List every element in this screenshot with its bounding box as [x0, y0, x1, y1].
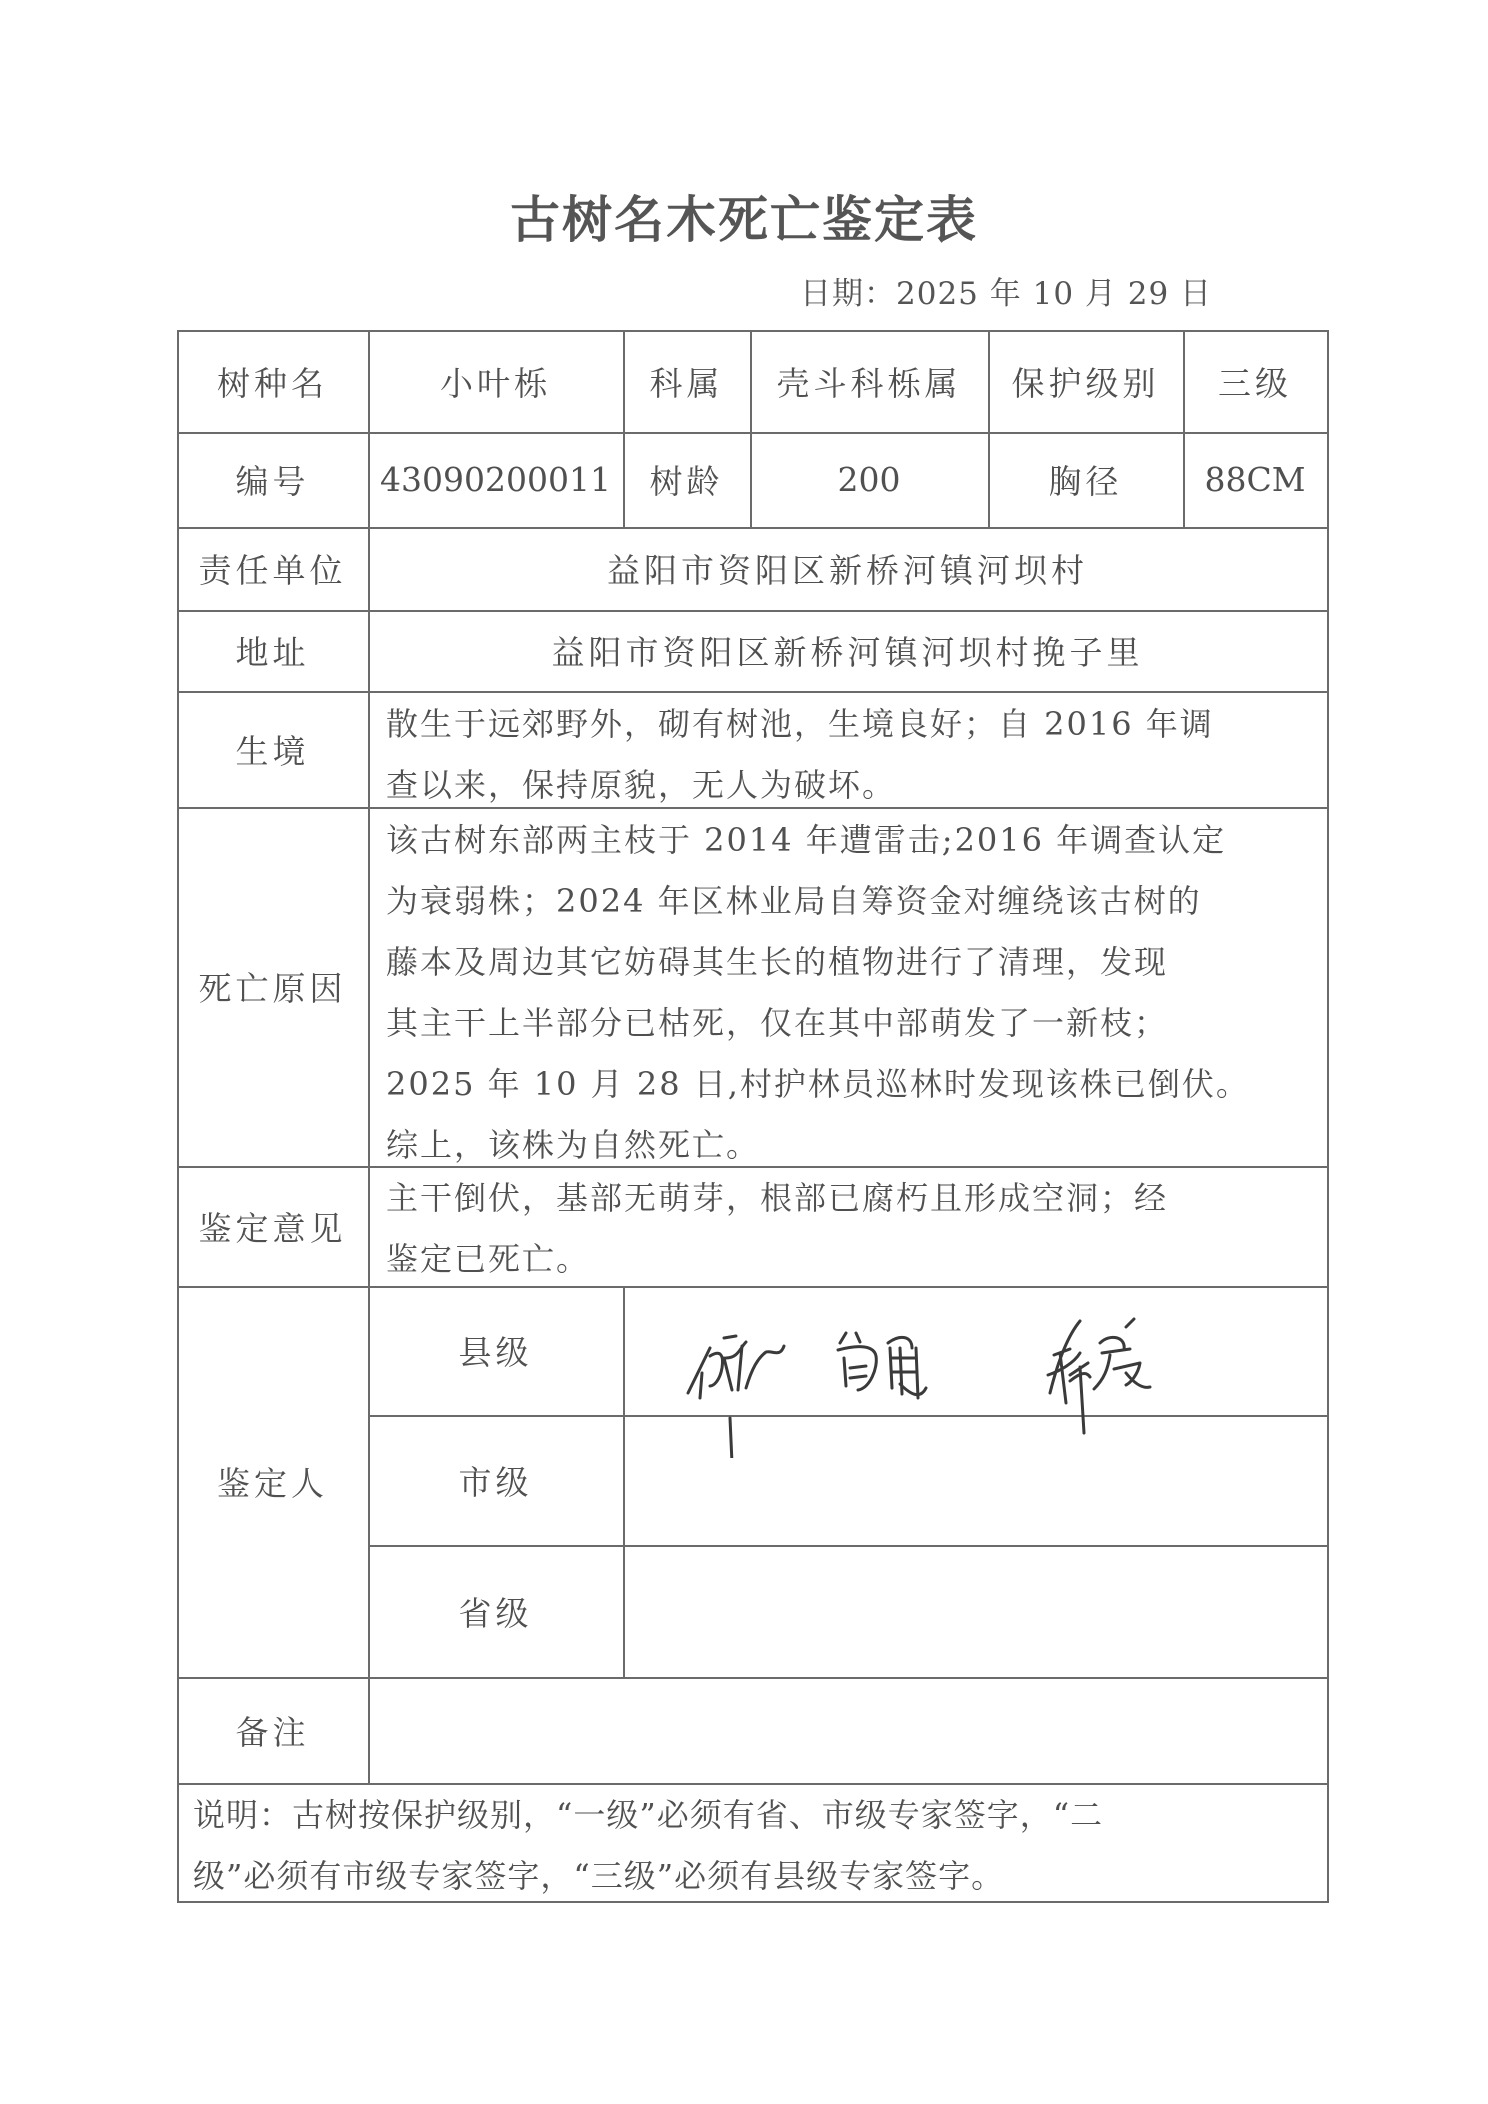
- opinion-label: 鉴定意见: [177, 1166, 368, 1286]
- death-cause-line: 该古树东部两主枝于 2014 年遭雷击;2016 年调查认定: [386, 810, 1326, 871]
- opinion-text: 主干倒伏，基部无萌芽，根部已腐朽且形成空洞；经 鉴定已死亡。: [386, 1168, 1326, 1290]
- document-title: 古树名木死亡鉴定表: [0, 180, 1488, 252]
- opinion-line: 鉴定已死亡。: [386, 1229, 1326, 1290]
- document-date: 日期：2025 年 10 月 29 日: [800, 268, 1212, 313]
- family-value: 壳斗科栎属: [750, 330, 988, 432]
- protection-level-value: 三级: [1183, 330, 1327, 432]
- appraiser-label: 鉴定人: [177, 1286, 368, 1677]
- city-level-signature-field[interactable]: [625, 1417, 1325, 1543]
- family-label: 科属: [623, 330, 750, 432]
- species-value: 小叶栎: [368, 330, 623, 432]
- dbh-label: 胸径: [988, 432, 1183, 527]
- death-cause-line: 2025 年 10 月 28 日,村护林员巡林时发现该株已倒伏。: [386, 1054, 1326, 1115]
- remarks-value[interactable]: [368, 1677, 1327, 1783]
- death-cause-text: 该古树东部两主枝于 2014 年遭雷击;2016 年调查认定 为衰弱株；2024…: [386, 810, 1326, 1176]
- province-level-label: 省级: [368, 1545, 623, 1677]
- table-border-right: [1327, 330, 1329, 1902]
- death-cause-label: 死亡原因: [177, 807, 368, 1166]
- remarks-label: 备注: [177, 1677, 368, 1783]
- county-level-label: 县级: [368, 1286, 623, 1415]
- responsible-unit-value: 益阳市资阳区新桥河镇河坝村: [368, 527, 1327, 610]
- death-cause-line: 藤本及周边其它妨碍其生长的植物进行了清理，发现: [386, 932, 1326, 993]
- city-level-label: 市级: [368, 1415, 623, 1545]
- note-text: 说明：古树按保护级别，“一级”必须有省、市级专家签字，“二 级”必须有市级专家签…: [193, 1785, 1323, 1907]
- dbh-value: 88CM: [1183, 432, 1327, 527]
- id-value: 43090200011: [368, 432, 623, 527]
- death-cause-line: 综上，该株为自然死亡。: [386, 1115, 1326, 1176]
- opinion-line: 主干倒伏，基部无萌芽，根部已腐朽且形成空洞；经: [386, 1168, 1326, 1229]
- habitat-text: 散生于远郊野外，砌有树池，生境良好；自 2016 年调 查以来，保持原貌，无人为…: [386, 694, 1326, 816]
- habitat-label: 生境: [177, 691, 368, 807]
- death-cause-line: 其主干上半部分已枯死，仅在其中部萌发了一新枝；: [386, 993, 1326, 1054]
- id-label: 编号: [177, 432, 368, 527]
- death-cause-line: 为衰弱株；2024 年区林业局自筹资金对缠绕该古树的: [386, 871, 1326, 932]
- responsible-unit-label: 责任单位: [177, 527, 368, 610]
- address-label: 地址: [177, 610, 368, 691]
- county-level-signature-field[interactable]: [625, 1288, 1325, 1413]
- habitat-line: 散生于远郊野外，砌有树池，生境良好；自 2016 年调: [386, 694, 1326, 755]
- address-value: 益阳市资阳区新桥河镇河坝村挽子里: [368, 610, 1327, 691]
- signature-2: [830, 1328, 940, 1422]
- age-label: 树龄: [623, 432, 750, 527]
- age-value: 200: [750, 432, 988, 527]
- note-line: 说明：古树按保护级别，“一级”必须有省、市级专家签字，“二: [193, 1785, 1323, 1846]
- species-label: 树种名: [177, 330, 368, 432]
- habitat-line: 查以来，保持原貌，无人为破坏。: [386, 755, 1326, 816]
- protection-level-label: 保护级别: [988, 330, 1183, 432]
- note-line: 级”必须有市级专家签字，“三级”必须有县级专家签字。: [193, 1846, 1323, 1907]
- province-level-signature-field[interactable]: [625, 1547, 1325, 1675]
